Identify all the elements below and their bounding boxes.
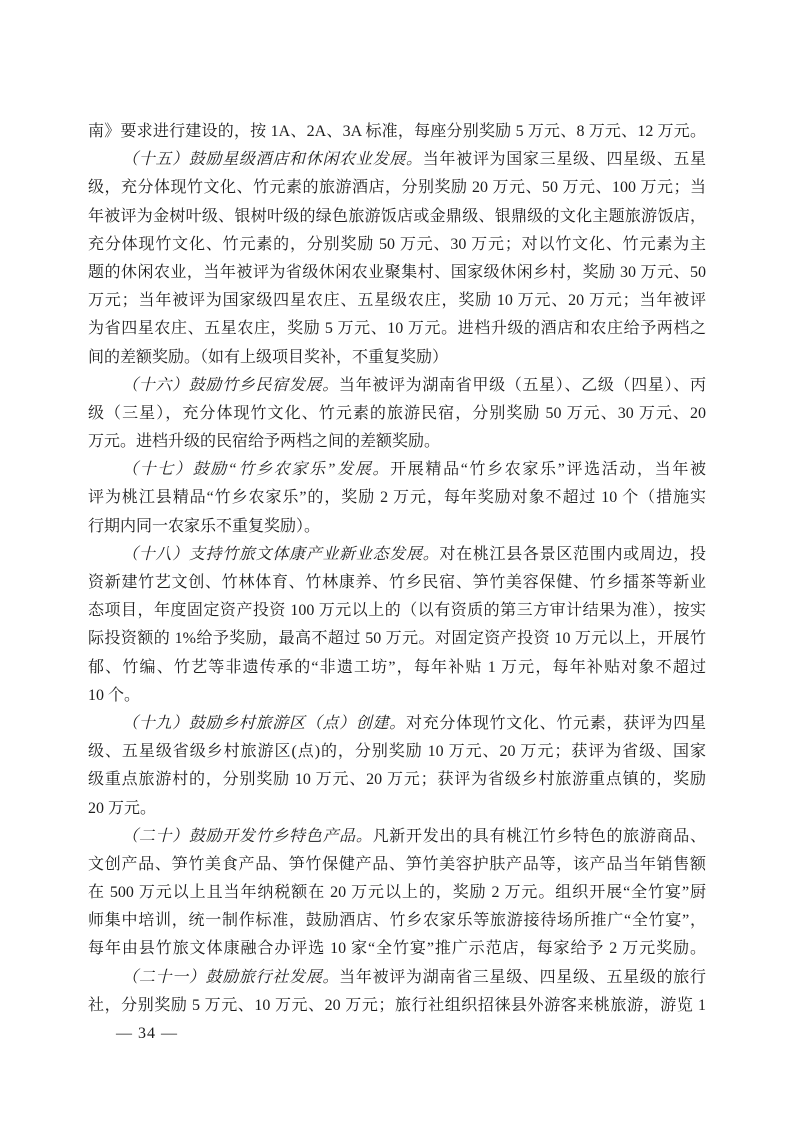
paragraph-heading: （十五）鼓励星级酒店和休闲农业发展。 [122,151,423,168]
paragraph-heading: （十六）鼓励竹乡民宿发展。 [122,377,339,394]
paragraph-heading: （十七）鼓励“竹乡农家乐”发展。 [122,461,390,478]
text-line: 郁、竹编、竹艺等非遗传承的“非遗工坊”，每年补贴 1 万元，每年补贴对象不超过 [88,654,706,682]
line-text: 当年被评为国家三星级、四星级、五星 [423,151,706,168]
text-line: 行期内同一农家乐不重复奖励）。 [88,513,706,541]
paragraph-heading: （二十一）鼓励旅行社发展。 [122,969,339,986]
text-line: 资新建竹艺文创、竹林体育、竹林康养、竹乡民宿、笋竹美容保健、竹乡擂茶等新业 [88,569,706,597]
text-line: 万元。进档升级的民宿给予两档之间的差额奖励。 [88,428,706,456]
text-line: 师集中培训，统一制作标准，鼓励酒店、竹乡农家乐等旅游接待场所推广“全竹宴”， [88,907,706,935]
text-line: 态项目，年度固定资产投资 100 万元以上的（以有资质的第三方审计结果为准），按… [88,597,706,625]
paragraph-heading: （十九）鼓励乡村旅游区（点）创建。 [122,715,406,732]
text-line: 10 个。 [88,682,706,710]
text-line: 间的差额奖励。（如有上级项目奖补，不重复奖励） [88,344,706,372]
text-line: 每年由县竹旅文体康融合办评选 10 家“全竹宴”推广示范店，每家给予 2 万元奖… [88,935,706,963]
line-text: 当年被评为湖南省三星级、四星级、五星级的旅行 [339,969,706,986]
line-text: 凡新开发出的具有桃江竹乡特色的旅游商品、 [373,828,706,845]
text-line: 级（三星），充分体现竹文化、竹元素的旅游民宿，分别奖励 50 万元、30 万元、… [88,400,706,428]
text-line: （二十一）鼓励旅行社发展。当年被评为湖南省三星级、四星级、五星级的旅行 [88,964,706,992]
document-page: 南》要求进行建设的，按 1A、2A、3A 标准，每座分别奖励 5 万元、8 万元… [0,0,793,1122]
text-line: 评为桃江县精品“竹乡农家乐”的，奖励 2 万元，每年奖励对象不超过 10 个（措… [88,484,706,512]
page-number: — 34 — [116,1024,178,1044]
text-line: 为省四星农庄、五星农庄，奖励 5 万元、10 万元。进档升级的酒店和农庄给予两档… [88,315,706,343]
text-line: （十六）鼓励竹乡民宿发展。当年被评为湖南省甲级（五星）、乙级（四星）、丙 [88,372,706,400]
text-line: 级、五星级省级乡村旅游区(点)的，分别奖励 10 万元、20 万元；获评为省级、… [88,738,706,766]
text-line: 万元；当年被评为国家级四星农庄、五星级农庄，奖励 10 万元、20 万元；当年被… [88,287,706,315]
text-line: 题的休闲农业，当年被评为省级休闲农业聚集村、国家级休闲乡村，奖励 30 万元、5… [88,259,706,287]
paragraph-heading: （十八）支持竹旅文体康产业新业态发展。 [122,546,439,563]
text-line: （十七）鼓励“竹乡农家乐”发展。开展精品“竹乡农家乐”评选活动，当年被 [88,456,706,484]
text-line: 充分体现竹文化、竹元素的，分别奖励 50 万元、30 万元；对以竹文化、竹元素为… [88,231,706,259]
line-text: 开展精品“竹乡农家乐”评选活动，当年被 [390,461,706,478]
text-line: 级重点旅游村的，分别奖励 10 万元、20 万元；获评为省级乡村旅游重点镇的，奖… [88,766,706,794]
text-line: 在 500 万元以上且当年纳税额在 20 万元以上的，奖励 2 万元。组织开展“… [88,879,706,907]
text-line: 文创产品、笋竹美食产品、笋竹保健产品、笋竹美容护肤产品等，该产品当年销售额 [88,851,706,879]
text-line: （十九）鼓励乡村旅游区（点）创建。对充分体现竹文化、竹元素，获评为四星 [88,710,706,738]
text-line: （十八）支持竹旅文体康产业新业态发展。对在桃江县各景区范围内或周边，投 [88,541,706,569]
line-text: 对在桃江县各景区范围内或周边，投 [439,546,706,563]
text-line: 际投资额的 1%给予奖励，最高不超过 50 万元。对固定资产投资 10 万元以上… [88,625,706,653]
text-line: （二十）鼓励开发竹乡特色产品。凡新开发出的具有桃江竹乡特色的旅游商品、 [88,823,706,851]
text-line: 级，充分体现竹文化、竹元素的旅游酒店，分别奖励 20 万元、50 万元、100 … [88,174,706,202]
line-text: 当年被评为湖南省甲级（五星）、乙级（四星）、丙 [339,377,706,394]
line-text: 对充分体现竹文化、竹元素，获评为四星 [406,715,706,732]
document-body: 南》要求进行建设的，按 1A、2A、3A 标准，每座分别奖励 5 万元、8 万元… [88,118,706,1020]
text-line: 南》要求进行建设的，按 1A、2A、3A 标准，每座分别奖励 5 万元、8 万元… [88,118,706,146]
text-line: 年被评为金树叶级、银树叶级的绿色旅游饭店或金鼎级、银鼎级的文化主题旅游饭店， [88,203,706,231]
paragraph-heading: （二十）鼓励开发竹乡特色产品。 [122,828,373,845]
text-line: （十五）鼓励星级酒店和休闲农业发展。当年被评为国家三星级、四星级、五星 [88,146,706,174]
text-line: 20 万元。 [88,795,706,823]
text-line: 社，分别奖励 5 万元、10 万元、20 万元；旅行社组织招徕县外游客来桃旅游，… [88,992,706,1020]
